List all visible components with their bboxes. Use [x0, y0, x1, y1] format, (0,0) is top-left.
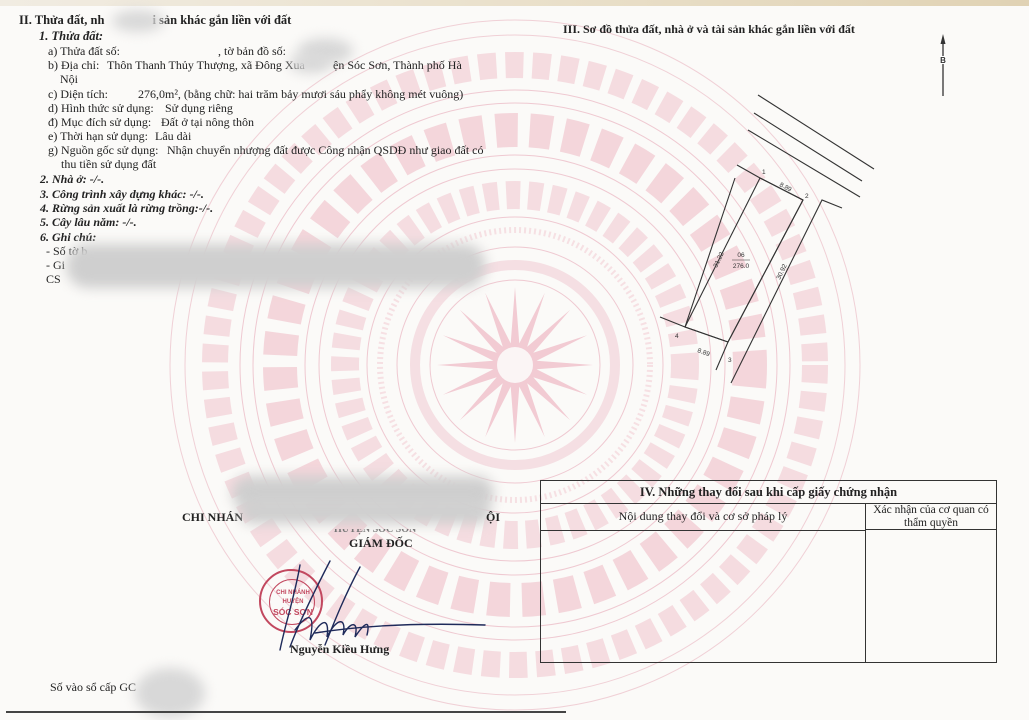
redaction-blur: [289, 53, 331, 73]
usage-term-label: e) Thời hạn sử dụng:: [48, 129, 148, 144]
usage-purpose-value: Đất ở tại nông thôn: [161, 115, 254, 130]
svg-text:4: 4: [675, 333, 679, 340]
svg-text:B: B: [940, 56, 946, 65]
svg-text:8.89: 8.89: [696, 347, 711, 358]
svg-text:1: 1: [762, 169, 766, 176]
usage-term-value: Lâu dài: [155, 129, 191, 144]
parcel-number-label: a) Thửa đất số:: [48, 44, 120, 59]
origin-label: g) Nguồn gốc sử dụng:: [48, 143, 159, 158]
svg-text:2: 2: [805, 193, 809, 200]
item-3-other-works: 3. Công trình xây dựng khác: -/-.: [40, 187, 204, 202]
item-4-value: -/-.: [199, 201, 213, 215]
redaction-blur: [240, 500, 490, 524]
column-header-change-content: Nội dung thay đổi và cơ sở pháp lý: [541, 503, 865, 531]
section-4-title: IV. Những thay đổi sau khi cấp giấy chứn…: [541, 481, 996, 504]
changes-table: IV. Những thay đổi sau khi cấp giấy chứn…: [540, 480, 997, 663]
map-sheet-label: , tờ bản đồ số:: [218, 44, 286, 59]
item-6-notes: 6. Ghi chú:: [40, 230, 96, 245]
item-1-heading: 1. Thửa đất:: [39, 29, 103, 44]
svg-text:06: 06: [737, 252, 745, 259]
signer-name: Nguyễn Kiều Hưng: [290, 642, 389, 657]
item-2-label: 2. Nhà ở:: [40, 172, 87, 186]
item-2-value: -/-.: [90, 172, 104, 186]
bottom-rule: [6, 711, 566, 713]
north-arrow-icon: B: [940, 34, 946, 96]
item-5-value: -/-.: [122, 215, 136, 229]
usage-form-label: d) Hình thức sử dụng:: [48, 101, 154, 116]
parcel-diagram: B 1 2 3 4 8.89 8.89 31.22 30.92 06 276.0: [650, 30, 990, 390]
usage-form-value: Sử dụng riêng: [165, 101, 233, 116]
svg-text:8.89: 8.89: [778, 182, 793, 194]
paper-top-edge: [0, 0, 1029, 6]
item-4-forest: 4. Rừng sản xuất là rừng trồng:-/-.: [40, 201, 213, 216]
item-5-label: 5. Cây lâu năm:: [40, 215, 119, 229]
column-divider: [865, 530, 866, 662]
item-3-label: 3. Công trình xây dựng khác:: [40, 187, 187, 201]
signature-scribble: [255, 555, 495, 655]
column-header-authority-confirmation: Xác nhận của cơ quan có thẩm quyền: [865, 503, 996, 530]
issuing-office-start: CHI NHÁN: [182, 510, 243, 525]
address-label: b) Địa chỉ:: [48, 58, 99, 73]
item-5-perennial: 5. Cây lâu năm: -/-.: [40, 215, 137, 230]
issuing-office-end: ỘI: [486, 510, 500, 525]
section-2-title-start: II. Thửa đất, nh: [19, 13, 104, 27]
usage-purpose-label: đ) Mục đích sử dụng:: [48, 115, 151, 130]
section-2-title-end: i sản khác gắn liền với đất: [152, 13, 291, 27]
signer-position: GIÁM ĐỐC: [349, 536, 413, 551]
address-value-part1: Thôn Thanh Thủy Thượng, xã Đông Xua: [107, 58, 305, 73]
address-value-part2: ện Sóc Sơn, Thành phố Hà: [333, 58, 462, 73]
area-value: 276,0m², (bằng chữ: hai trăm bảy mươi sá…: [138, 87, 463, 102]
area-label: c) Diện tích:: [48, 87, 108, 102]
note-line-3: CS: [46, 272, 61, 287]
redaction-blur: [66, 244, 486, 288]
svg-text:31.22: 31.22: [712, 251, 725, 269]
svg-text:276.0: 276.0: [733, 263, 750, 270]
address-value-continued: Nội: [60, 72, 78, 87]
origin-value-continued: thu tiền sử dụng đất: [61, 157, 156, 172]
item-3-value: -/-.: [190, 187, 204, 201]
register-number-label: Số vào sổ cấp GC: [50, 680, 136, 695]
issuing-office-subline: HUYỆN SÓC SƠN: [334, 524, 416, 535]
item-2-house: 2. Nhà ở: -/-.: [40, 172, 104, 187]
origin-value: Nhận chuyển nhượng đất được Công nhận QS…: [167, 143, 483, 158]
redaction-blur: [112, 10, 164, 32]
svg-text:3: 3: [728, 357, 732, 364]
item-4-label: 4. Rừng sản xuất là rừng trồng:: [40, 201, 199, 215]
note-line-2: - Gi: [46, 258, 65, 273]
